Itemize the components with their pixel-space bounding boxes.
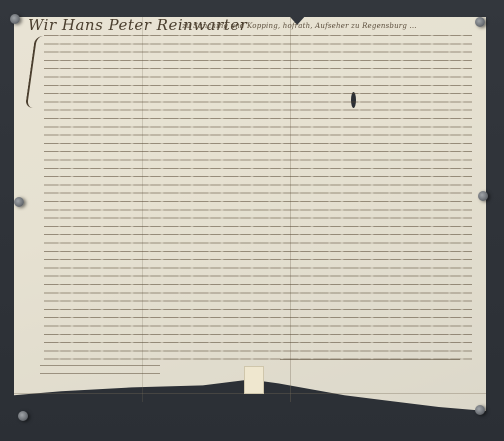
pin-icon-middle-right	[478, 191, 488, 201]
heading-continuation: zu Sünching und Kopping, hofrath, Aufseh…	[182, 22, 417, 30]
pin-icon-middle-left	[14, 197, 24, 207]
handwritten-body-text	[44, 32, 472, 362]
pin-icon-bottom-right	[475, 405, 485, 415]
pin-icon-bottom-left	[18, 411, 28, 421]
pin-icon-top-left	[10, 14, 20, 24]
seal-tab	[244, 366, 264, 394]
pin-icon-top-right	[475, 17, 485, 27]
signature-lines	[280, 356, 460, 364]
closing-lines	[40, 362, 160, 374]
